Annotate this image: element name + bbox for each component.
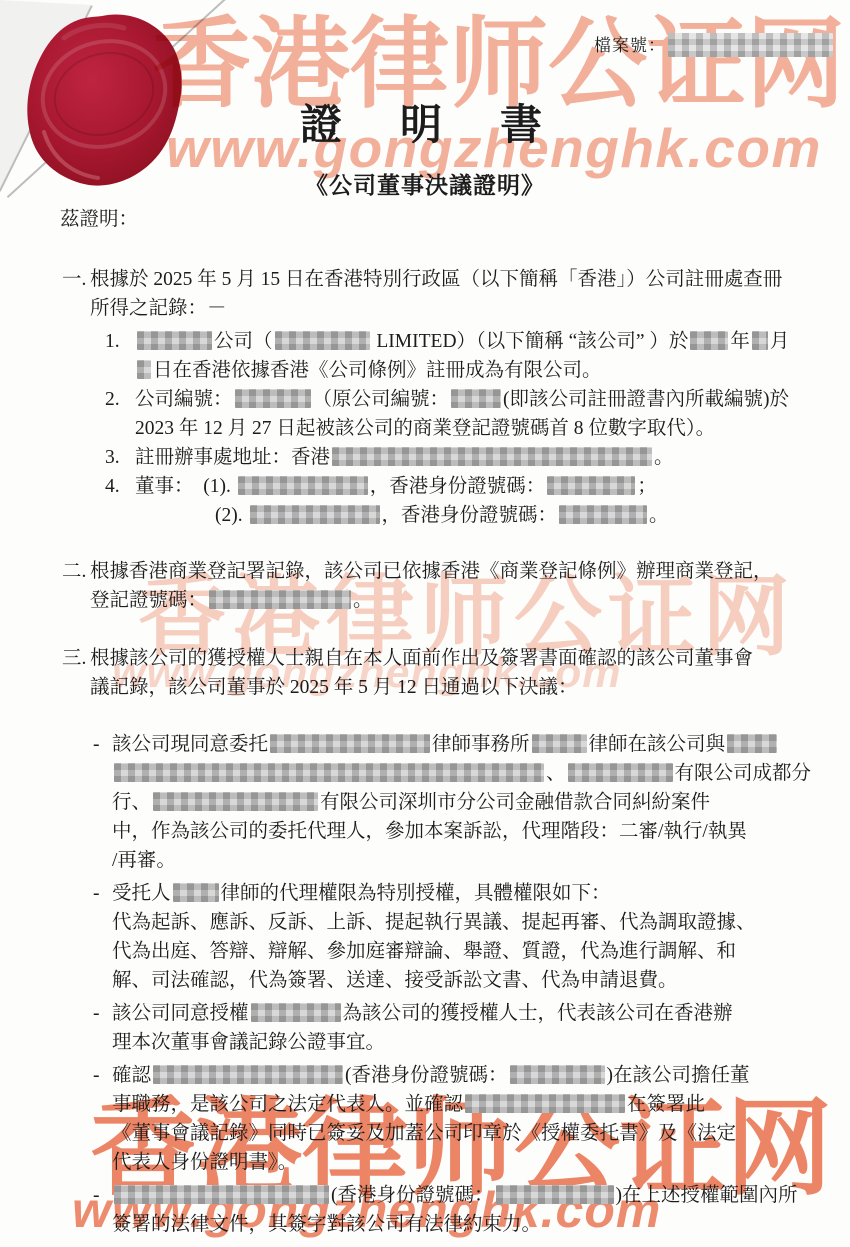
doc-line: 簽署的法律文件，其簽字對該公司有法律約束力。: [0, 1210, 850, 1239]
doc-line: 解、司法確認，代為簽署、送達、接受訴訟文書、代為申請退費。: [0, 966, 850, 995]
doc-line: 4.董事： (1). ，香港身份證號碼：；: [0, 472, 850, 501]
redacted-text: [235, 389, 311, 408]
doc-block: 2.公司編號：（原公司編號：(即該公司註冊證書內所載編號)於2023 年 12 …: [0, 385, 850, 443]
doc-block: 3.註冊辦事處地址：香港。: [0, 443, 850, 472]
doc-line: 2.公司編號：（原公司編號：(即該公司註冊證書內所載編號)於: [0, 385, 850, 414]
redacted-text: [559, 505, 647, 524]
watermark-site-top: 香港律师公证网: [152, 14, 845, 113]
doc-block: 三.根據該公司的獲授權人士親自在本人面前作出及簽署書面確認的該公司董事會議記錄，…: [0, 644, 850, 702]
list-marker: 1.: [105, 327, 120, 356]
doc-line: 茲證明：: [0, 205, 850, 234]
doc-block: -該公司同意授權為該公司的獲授權人士，代表該公司在香港辦理本次董事會議記錄公證事…: [0, 999, 850, 1057]
redacted-text: [752, 331, 768, 350]
list-marker: 二.: [62, 557, 86, 586]
doc-line: 《董事會議記錄》同時已簽妥及加蓋公司印章於《授權委托書》及《法定: [0, 1119, 850, 1148]
doc-line: -受托人律師的代理權限為特別授權，具體權限如下：: [0, 879, 850, 908]
redacted-text: [465, 1094, 625, 1113]
list-marker: 2.: [105, 385, 120, 414]
redacted-text: [275, 331, 370, 350]
doc-line: 、有限公司成都分: [0, 759, 850, 788]
doc-line: 行、有限公司深圳市分公司金融借款合同糾紛案件: [0, 788, 850, 817]
redacted-text: [251, 1003, 341, 1022]
doc-line: 中，作為該公司的委托代理人，參加本案訴訟，代理階段：二審/執行/執異: [0, 817, 850, 846]
doc-line: (2). ，香港身份證號碼：。: [0, 501, 850, 530]
doc-line: 二.根據香港商業登記署記錄，該公司已依據香港《商業登記條例》辦理商業登記，: [0, 557, 850, 586]
doc-line: -該公司同意授權為該公司的獲授權人士，代表該公司在香港辦: [0, 999, 850, 1028]
file-number-label: 檔案號：: [594, 36, 666, 55]
doc-block: 1.公司（ LIMITED）（以下簡稱 “該公司” ）於年月日在香港依據香港《公…: [0, 327, 850, 385]
doc-block: -該公司現同意委托律師事務所律師在該公司與、有限公司成都分行、有限公司深圳市分公…: [0, 730, 850, 875]
redacted-text: [238, 476, 368, 495]
redacted-text: [137, 331, 212, 350]
redacted-text: [332, 447, 652, 466]
redacted-text: [451, 389, 501, 408]
redacted-text: [690, 331, 728, 350]
redacted-text: [568, 763, 673, 782]
doc-line: /再審。: [0, 846, 850, 875]
list-marker: -: [93, 879, 100, 908]
page-subtitle: 《公司董事決議證明》: [0, 167, 850, 200]
doc-line: 三.根據該公司的獲授權人士親自在本人面前作出及簽署書面確認的該公司董事會: [0, 644, 850, 673]
list-marker: -: [93, 1061, 100, 1090]
file-number-row: 檔案號：: [594, 31, 835, 57]
redacted-text: [209, 590, 351, 609]
doc-block: -確認(香港身份證號碼：)在該公司擔任董事職務，是該公司之法定代表人。並確認在簽…: [0, 1061, 850, 1177]
doc-line: 事職務，是該公司之法定代表人。並確認在簽署此: [0, 1090, 850, 1119]
doc-line: 日在香港依據香港《公司條例》註冊成為有限公司。: [0, 356, 850, 385]
red-wax-seal-icon: [24, 12, 186, 190]
redacted-text: [510, 1065, 605, 1084]
redacted-text: [153, 792, 318, 811]
list-marker: -: [93, 1181, 100, 1210]
redacted-text: [496, 1185, 614, 1204]
redacted-text: [173, 883, 219, 902]
redacted-text: [532, 734, 587, 753]
doc-line: 代為出庭、答辯、辯解、參加庭審辯論、舉證、質證，代為進行調解、和: [0, 937, 850, 966]
doc-line: -該公司現同意委托律師事務所律師在該公司與: [0, 730, 850, 759]
list-marker: 4.: [105, 472, 120, 501]
doc-line: 代表人身份證明書》。: [0, 1148, 850, 1177]
doc-block: 二.根據香港商業登記署記錄，該公司已依據香港《商業登記條例》辦理商業登記，登記證…: [0, 557, 850, 615]
doc-line: 2023 年 12 月 27 日起被該公司的商業登記證號碼首 8 位數字取代）。: [0, 414, 850, 443]
doc-line: 1.公司（ LIMITED）（以下簡稱 “該公司” ）於年月: [0, 327, 850, 356]
redacted-text: [270, 734, 430, 753]
doc-line: 所得之記錄：－: [0, 294, 850, 323]
redacted-text: [114, 763, 544, 782]
doc-line: -(香港身份證號碼：)在上述授權範圍內所: [0, 1181, 850, 1210]
doc-block: -受托人律師的代理權限為特別授權，具體權限如下：代為起訴、應訴、反訴、上訴、提起…: [0, 879, 850, 995]
redacted-text: [153, 1065, 343, 1084]
doc-line: 理本次董事會議記錄公證事宜。: [0, 1028, 850, 1057]
certificate-page: 香港律师公证网 www.gongzhenghk.com 香港律师公证网 www.…: [0, 0, 850, 1247]
page-title: 證 明 書: [0, 103, 850, 149]
document-body: 茲證明：一.根據於 2025 年 5 月 15 日在香港特別行政區（以下簡稱「香…: [0, 205, 850, 1239]
list-marker: 一.: [62, 265, 86, 294]
list-marker: 三.: [62, 644, 86, 673]
list-marker: -: [93, 730, 100, 759]
doc-line: 一.根據於 2025 年 5 月 15 日在香港特別行政區（以下簡稱「香港」）公…: [0, 265, 850, 294]
doc-line: 登記證號碼：。: [0, 586, 850, 615]
doc-line: 議記錄，該公司董事於 2025 年 5 月 12 日通過以下決議：: [0, 673, 850, 702]
doc-block: 茲證明：: [0, 205, 850, 234]
redacted-text: [727, 734, 777, 753]
doc-block: 4.董事： (1). ，香港身份證號碼：；(2). ，香港身份證號碼：。: [0, 472, 850, 530]
list-marker: -: [93, 999, 100, 1028]
list-marker: 3.: [105, 443, 120, 472]
redacted-text: [114, 1185, 329, 1204]
redacted-text: [137, 360, 151, 379]
doc-block: -(香港身份證號碼：)在上述授權範圍內所簽署的法律文件，其簽字對該公司有法律約束…: [0, 1181, 850, 1239]
redacted-file-number: [668, 33, 833, 57]
redacted-text: [547, 476, 635, 495]
redacted-text: [250, 505, 380, 524]
doc-line: 3.註冊辦事處地址：香港。: [0, 443, 850, 472]
doc-block: 一.根據於 2025 年 5 月 15 日在香港特別行政區（以下簡稱「香港」）公…: [0, 265, 850, 323]
doc-line: -確認(香港身份證號碼：)在該公司擔任董: [0, 1061, 850, 1090]
doc-line: 代為起訴、應訴、反訴、上訴、提起執行異議、提起再審、代為調取證據、: [0, 908, 850, 937]
